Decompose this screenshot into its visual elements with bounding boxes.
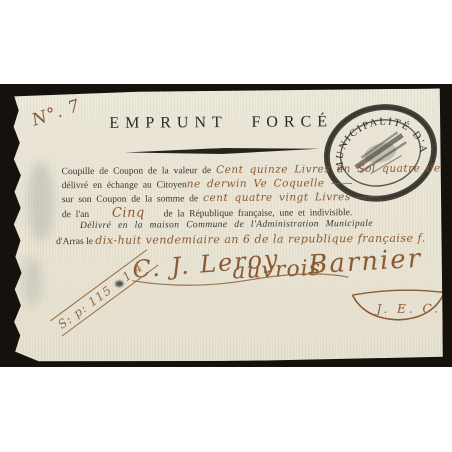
paper-stain — [28, 161, 55, 241]
monogram-cartouche: J. E. C. — [346, 284, 450, 325]
printed-text: d'Arras le — [56, 237, 93, 247]
document-number: N°. 7 — [29, 96, 83, 131]
handwritten-date: dix-huit vendemiaire an 6 de la republiq… — [95, 232, 426, 247]
paper-stain — [22, 256, 42, 306]
monogram-initials: J. E. C. — [374, 302, 442, 316]
printed-text: délivré en échange au Citoyen — [62, 180, 187, 191]
margin-annotation: S: p: 115 – 1 4 — [50, 249, 158, 336]
printed-text: de l'an — [62, 210, 89, 220]
handwritten-sum: cent quatre vingt Livres —— — [203, 191, 379, 204]
coupon-line-value: Coupille de Coupon de la valeur de Cent … — [62, 163, 438, 180]
handwritten-value: Cent quinze Livres un Sol quatre deniers — [216, 162, 452, 176]
printed-text: de la République française, une et indiv… — [164, 208, 353, 219]
printed-text: sur son Coupon de la somme de — [62, 194, 198, 205]
issued-at-line: Délivré en la maison Commune de l'Admini… — [80, 219, 440, 232]
signature-flourish — [130, 271, 350, 289]
title-divider-swash — [125, 146, 319, 155]
handwritten-year: Cinq — [112, 206, 145, 221]
handwritten-citizen-name: ne derwin Ve Coquelle —— — [187, 177, 353, 190]
printed-text: Coupille de Coupon de la valeur de — [62, 166, 212, 177]
photo-background: N°. 7 EMPRUNT FORCÉ MUNICIPALITÉ D'ARRAS… — [0, 84, 452, 367]
document-paper: N°. 7 EMPRUNT FORCÉ MUNICIPALITÉ D'ARRAS… — [9, 88, 443, 362]
coupon-text-block: Coupille de Coupon de la valeur de Cent … — [62, 163, 438, 223]
